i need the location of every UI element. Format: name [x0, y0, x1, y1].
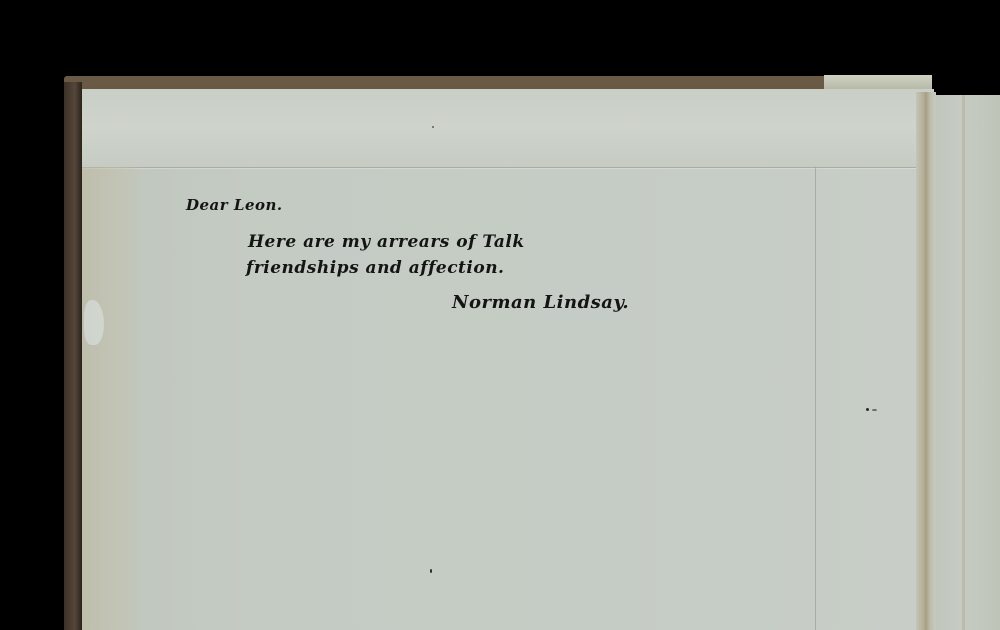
inscription-signature: Norman Lindsay.	[452, 292, 629, 313]
inscription-line-1: Here are my arrears of Talk	[248, 232, 525, 252]
inscription-line-2: friendships and affection.	[246, 258, 504, 278]
inscription-salutation: Dear Leon.	[186, 196, 283, 214]
handwritten-inscription: Dear Leon. Here are my arrears of Talk f…	[0, 0, 1000, 630]
